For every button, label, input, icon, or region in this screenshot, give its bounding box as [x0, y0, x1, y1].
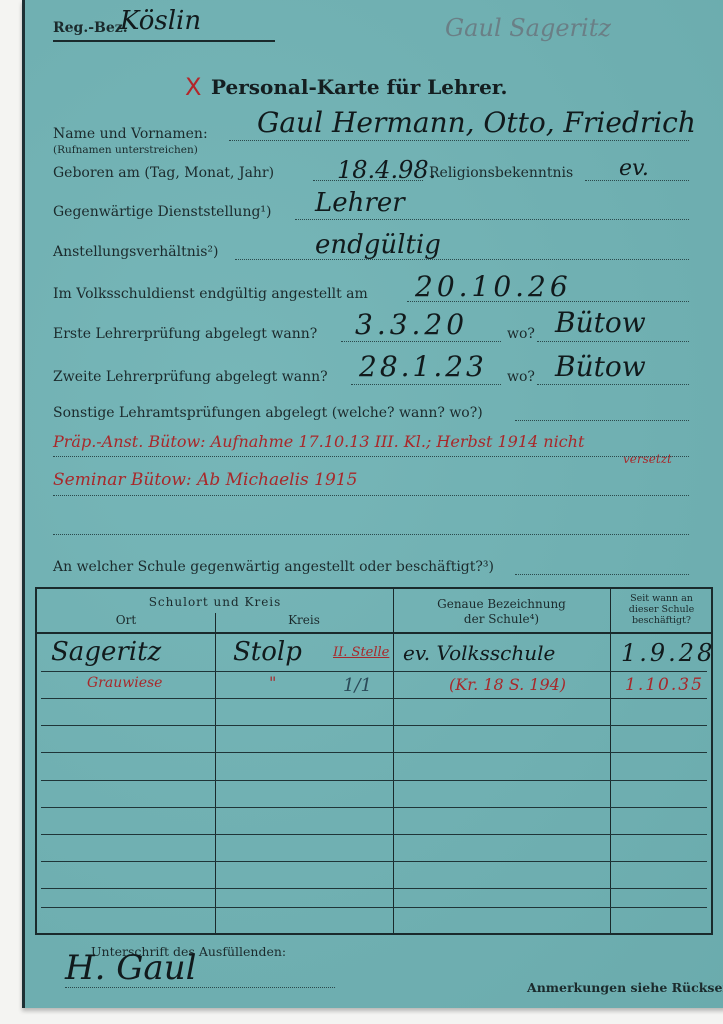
col-group-header: Schulort und Kreis — [37, 595, 393, 609]
other-exams-line2: Seminar Bütow: Ab Michaelis 1915 — [53, 470, 357, 490]
row-line — [41, 907, 707, 908]
col-header-seit-2: dieser Schule — [610, 604, 713, 615]
row2-kreis-note: 1/1 — [343, 675, 372, 696]
notes-reference: Anmerkungen siehe Rückseite. — [527, 980, 723, 995]
position-dotted-line — [295, 219, 689, 220]
name-dotted-line — [229, 140, 689, 141]
row1-kreis: Stolp — [233, 637, 302, 667]
signature-dotted-line — [65, 987, 335, 988]
row1-bezeichnung: ev. Volksschule — [403, 641, 555, 665]
school-question-label: An welcher Schule gegenwärtig angestellt… — [53, 559, 494, 575]
name-label: Name und Vornamen: — [53, 126, 208, 142]
religion-value: ev. — [619, 156, 649, 181]
first-exam-where-dotted-line — [537, 341, 689, 342]
col-header-seit-3: beschäftigt? — [610, 615, 713, 626]
appointed-label: Im Volksschuldienst endgültig angestellt… — [53, 286, 368, 302]
first-exam-where-label: wo? — [507, 326, 535, 342]
row2-seit: 1.10.35 — [625, 675, 704, 695]
school-question-dotted-line — [515, 574, 689, 575]
row1-seit: 1.9.28 — [621, 639, 715, 667]
row-line — [41, 671, 707, 672]
row-line — [41, 698, 707, 699]
second-exam-date: 28.1.23 — [359, 350, 487, 383]
second-exam-where-dotted-line — [537, 384, 689, 385]
red-x-mark: X — [185, 73, 201, 101]
born-value: 18.4.98. — [337, 156, 436, 184]
position-label: Gegenwärtige Dienststellung¹) — [53, 204, 272, 220]
signature-value: H. Gaul — [65, 948, 196, 988]
row2-ort: Grauwiese — [87, 675, 162, 691]
row1-ort: Sageritz — [51, 637, 161, 667]
first-exam-date-dotted-line — [341, 341, 501, 342]
first-exam-label: Erste Lehrerprüfung abgelegt wann? — [53, 326, 317, 342]
row-line — [41, 861, 707, 862]
header-divider — [37, 632, 711, 634]
row-line — [41, 752, 707, 753]
first-exam-where: Bütow — [555, 306, 646, 339]
other-exams-line1-note: versetzt — [623, 452, 672, 466]
second-exam-where: Bütow — [555, 350, 646, 383]
other-exams-line1-dotted — [53, 456, 689, 457]
row2-kreis: " — [269, 673, 276, 692]
col-header-bezeichnung-2: der Schule⁴) — [393, 612, 610, 626]
column-divider — [393, 589, 394, 933]
schools-table: Schulort und Kreis Ort Kreis Genaue Beze… — [35, 587, 713, 935]
employment-dotted-line — [235, 259, 689, 260]
first-exam-date: 3.3.20 — [355, 308, 468, 341]
personal-card: Reg.-Bez. Köslin Gaul Sageritz X Persona… — [22, 0, 723, 1008]
reg-bez-label: Reg.-Bez. — [53, 20, 128, 36]
second-exam-where-label: wo? — [507, 369, 535, 385]
row2-bezeichnung: (Kr. 18 S. 194) — [449, 675, 566, 694]
col-header-kreis: Kreis — [215, 613, 393, 627]
other-exams-line1: Präp.-Anst. Bütow: Aufnahme 17.10.13 III… — [53, 432, 584, 451]
other-exams-label: Sonstige Lehramtsprüfungen abgelegt (wel… — [53, 405, 483, 421]
row-line — [41, 807, 707, 808]
name-value: Gaul Hermann, Otto, Friedrich — [257, 106, 696, 139]
second-exam-label: Zweite Lehrerprüfung abgelegt wann? — [53, 369, 328, 385]
col-header-ort: Ort — [37, 613, 215, 627]
col-header-bezeichnung: Genaue Bezeichnung — [393, 597, 610, 611]
column-divider — [610, 589, 611, 933]
second-exam-date-dotted-line — [351, 384, 501, 385]
religion-label: Religionsbekenntnis — [429, 165, 573, 181]
other-exams-dotted-line — [515, 420, 689, 421]
row-line — [41, 834, 707, 835]
pencil-note: Gaul Sageritz — [445, 14, 611, 42]
other-exams-line2-dotted — [53, 495, 689, 496]
appointed-value: 20.10.26 — [415, 270, 572, 303]
reg-bez-underline — [53, 40, 275, 42]
other-exams-line3-dotted — [53, 534, 689, 535]
row-line — [41, 888, 707, 889]
employment-label: Anstellungsverhältnis²) — [53, 244, 218, 260]
row-line — [41, 780, 707, 781]
row-line — [41, 725, 707, 726]
position-value: Lehrer — [315, 188, 405, 218]
born-label: Geboren am (Tag, Monat, Jahr) — [53, 165, 274, 181]
reg-bez-value: Köslin — [120, 6, 201, 36]
name-sublabel: (Rufnamen unterstreichen) — [53, 144, 198, 156]
card-title: Personal-Karte für Lehrer. — [211, 75, 507, 99]
col-header-seit: Seit wann an — [610, 593, 713, 604]
employment-value: endgültig — [315, 230, 441, 260]
row1-kreis-note: II. Stelle — [333, 645, 389, 660]
